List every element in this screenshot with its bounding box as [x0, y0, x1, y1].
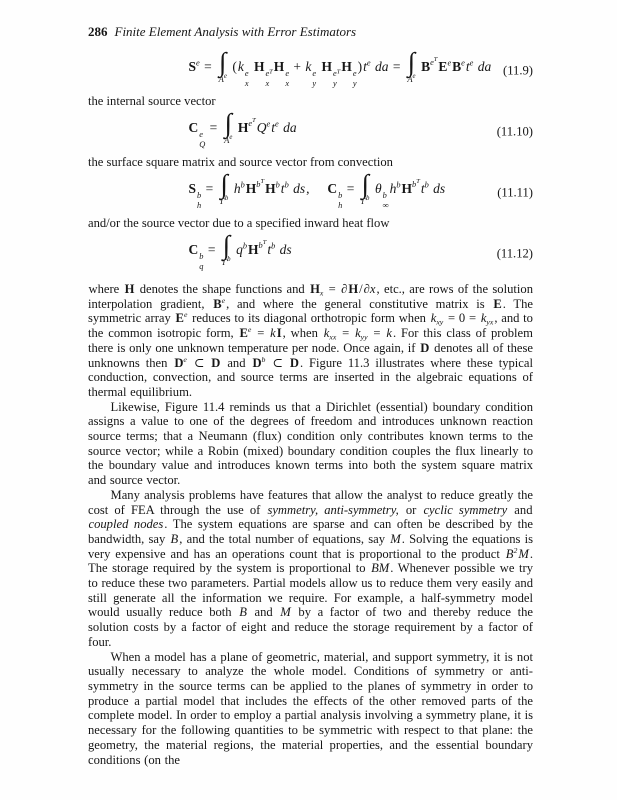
- intro-internal-source: the internal source vector: [88, 94, 533, 109]
- equation-11-12-number: (11.12): [497, 247, 533, 262]
- paragraph-boundary-conditions: Likewise, Figure 11.4 reminds us that a …: [88, 400, 533, 488]
- book-title: Finite Element Analysis with Error Estim…: [115, 24, 357, 39]
- body-text: where H denotes the shape functions and …: [88, 282, 533, 767]
- paragraph-partial-model: When a model has a plane of geometric, m…: [88, 650, 533, 768]
- paragraph-symmetry-bandwidth: Many analysis problems have features tha…: [88, 488, 533, 650]
- equation-11-9-number: (11.9): [503, 64, 533, 79]
- equation-11-10-math: CeQ = ∫AeHeTQete da: [188, 113, 297, 151]
- equation-11-12-math: Cbq = ∫ΓbqbHbTtb ds: [188, 235, 292, 273]
- intro-surface-convection: the surface square matrix and source vec…: [88, 155, 533, 170]
- page-number: 286: [88, 24, 108, 39]
- equation-11-11-number: (11.11): [497, 186, 533, 201]
- equation-11-9-math: Se = ∫Ae(kex HeTxHex + key HeTyHey)te da…: [188, 52, 492, 90]
- running-head: 286Finite Element Analysis with Error Es…: [88, 24, 533, 39]
- equation-11-10: CeQ = ∫AeHeTQete da (11.10): [88, 110, 533, 154]
- equation-11-11: Sbh = ∫ΓbhbHbTHbtb ds, Cbh = ∫Γbθb∞hbHbT…: [88, 171, 533, 215]
- equation-11-9: Se = ∫Ae(kex HeTxHex + key HeTyHey)te da…: [88, 49, 533, 93]
- equation-11-10-number: (11.10): [497, 125, 533, 140]
- intro-inward-heat: and/or the source vector due to a specif…: [88, 216, 533, 231]
- paragraph-shape-functions: where H denotes the shape functions and …: [88, 282, 533, 400]
- equation-11-12: Cbq = ∫ΓbqbHbTtb ds (11.12): [88, 232, 533, 276]
- book-page: 286Finite Element Analysis with Error Es…: [0, 0, 617, 800]
- equation-11-11-math: Sbh = ∫ΓbhbHbTHbtb ds, Cbh = ∫Γbθb∞hbHbT…: [188, 174, 446, 212]
